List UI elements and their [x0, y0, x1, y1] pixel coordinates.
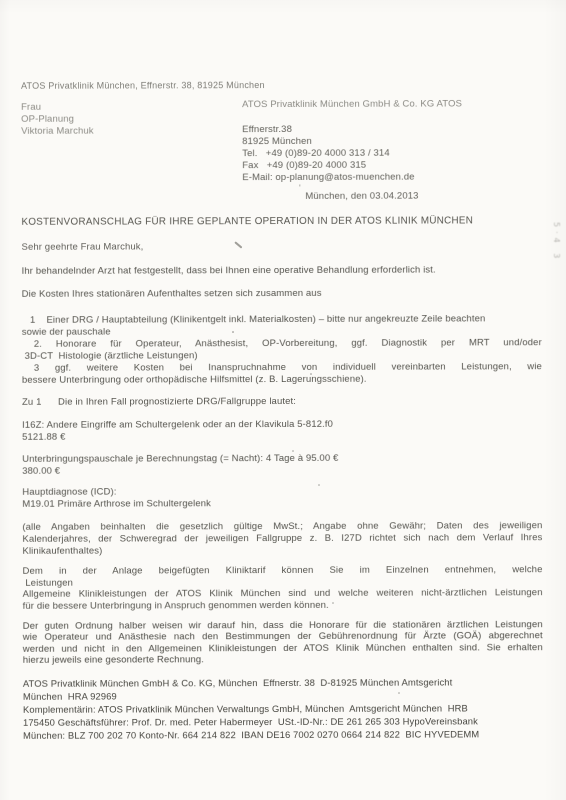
clinic-street: Effnerstr.38	[242, 123, 535, 136]
cost-item-1-line-1: 1 Einer DRG / Hauptabteilung (Klinikentg…	[22, 313, 542, 327]
address-gap	[242, 110, 535, 124]
goa-line-3: werden und nicht in den Allgemeinen Klin…	[23, 642, 543, 655]
kliniktarif-line-3: Allgemeine Klinikleistungen der ATOS Kli…	[23, 587, 543, 600]
kliniktarif-paragraph: Dem in der Anlage beigefügten Kliniktari…	[23, 564, 543, 612]
clinic-phone: Tel. +49 (0)89-20 4000 313 / 314	[242, 147, 535, 160]
cost-item-2-line-1: 2. Honorare für Operateur, Anästhesist, …	[22, 337, 542, 351]
drg-block: I16Z: Andere Eingriffe am Schultergelenk…	[22, 418, 542, 444]
cost-items-list: 1 Einer DRG / Hauptabteilung (Klinikentg…	[22, 313, 542, 387]
sender-return-address: ATOS Privatklinik München, Effnerstr. 38…	[21, 78, 541, 92]
kliniktarif-line-4: für die bessere Unterbringung in Anspruc…	[23, 599, 543, 612]
subject-line: KOSTENVORANSCHLAG FÜR IHRE GEPLANTE OPER…	[21, 215, 541, 229]
scanned-letter-page: ATOS Privatklinik München, Effnerstr. 38…	[0, 0, 566, 800]
cost-item-3-line-1: 3 ggf. weitere Kosten bei Inanspruchnahm…	[22, 361, 542, 375]
legal-footer-block: ATOS Privatklinik München GmbH & Co. KG,…	[23, 675, 543, 742]
footer-bank-line: München: BLZ 700 202 70 Konto-Nr. 664 21…	[23, 727, 543, 742]
scan-speck-apostrophe: '	[299, 183, 301, 193]
drg-amount: 5121.88 €	[22, 430, 542, 444]
scan-noise-specks	[0, 0, 2, 2]
intro-paragraph: Ihr behandelnder Arzt hat festgestellt, …	[22, 264, 542, 278]
drg-section-heading: Zu 1 Die in Ihren Fall prognostizierte D…	[22, 395, 542, 409]
date-line: München, den 03.04.2013	[305, 191, 418, 203]
vat-note-paragraph: (alle Angaben beinhalten die gesetzlich …	[22, 520, 542, 558]
accommodation-block: Unterbringungspauschale je Berechnungsta…	[22, 452, 542, 478]
costs-intro-paragraph: Die Kosten Ihres stationären Aufenthalte…	[22, 287, 542, 301]
goa-paragraph: Der guten Ordnung halber weisen wir dara…	[23, 619, 543, 666]
diagnosis-value: M19.01 Primäre Arthrose im Schultergelen…	[22, 497, 542, 511]
clinic-city: 81925 München	[242, 135, 535, 148]
kliniktarif-line-1: Dem in der Anlage beigefügten Kliniktari…	[23, 564, 543, 577]
goa-line-4: hierzu jeweils eine gesonderte Rechnung.	[23, 653, 543, 666]
vat-note-line-3: Klinikaufenthaltes)	[22, 544, 542, 558]
diagnosis-block: Hauptdiagnose (ICD): M19.01 Primäre Arth…	[22, 485, 542, 511]
clinic-email: E-Mail: op-planung@atos-muenchen.de	[242, 171, 535, 184]
cost-item-3-line-2: bessere Unterbringung oder orthopädische…	[22, 373, 542, 387]
vat-note-line-2: Kalenderjahres, der Schweregrad der jewe…	[22, 532, 542, 546]
handwritten-margin-note: 5·4 3	[552, 222, 561, 262]
clinic-name: ATOS Privatklinik München GmbH & Co. KG …	[242, 98, 535, 111]
salutation: Sehr geehrte Frau Marchuk,	[22, 240, 542, 254]
clinic-address-block: ATOS Privatklinik München GmbH & Co. KG …	[242, 98, 535, 184]
letter-content: ATOS Privatklinik München, Effnerstr. 38…	[0, 0, 566, 800]
accommodation-amount: 380.00 €	[22, 464, 542, 478]
clinic-fax: Fax +49 (0)89-20 4000 315	[242, 159, 535, 172]
